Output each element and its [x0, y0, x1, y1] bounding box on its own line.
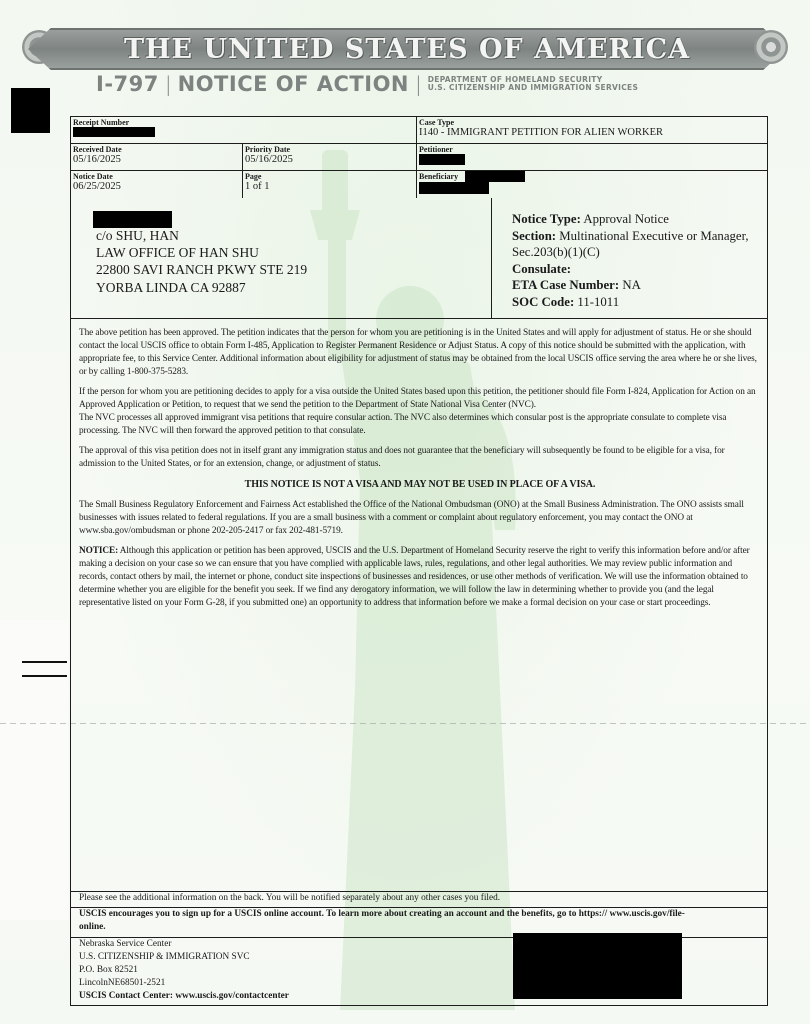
petitioner-label: Petitioner: [419, 145, 767, 154]
petitioner-cell: Petitioner: [417, 144, 767, 171]
beneficiary-redacted: [419, 182, 489, 194]
petitioner-redacted: [419, 154, 465, 165]
section-value-2: Sec.203(b)(1)(C): [512, 244, 749, 261]
received-date-label: Received Date: [73, 145, 242, 154]
body-paragraph: The Small Business Regulatory Enforcemen…: [79, 499, 761, 538]
divider: |: [415, 72, 422, 96]
beneficiary-redacted: [465, 171, 525, 182]
banner: THE UNITED STATES OF AMERICA: [28, 28, 786, 70]
receipt-number-redacted: [73, 127, 155, 137]
consulate-label: Consulate:: [512, 262, 571, 276]
soc-code: SOC Code: 11-1011: [512, 294, 749, 311]
page-value: 1 of 1: [245, 181, 416, 193]
notice-type-value: Approval Notice: [583, 212, 669, 226]
body-paragraph: The NVC processes all approved immigrant…: [79, 412, 761, 438]
section: Section: Multinational Executive or Mana…: [512, 228, 749, 245]
soc-label: SOC Code:: [512, 295, 574, 309]
case-type-cell: Case Type I140 - IMMIGRANT PETITION FOR …: [417, 117, 767, 144]
banner-title: THE UNITED STATES OF AMERICA: [124, 34, 690, 65]
body-paragraph: The above petition has been approved. Th…: [79, 327, 761, 379]
address-line: LAW OFFICE OF HAN SHU: [96, 244, 307, 261]
body-paragraph: If the person for whom you are petitioni…: [79, 386, 761, 412]
agency-line-2: U.S. CITIZENSHIP AND IMMIGRATION SERVICE…: [428, 83, 638, 92]
notice-type-label: Notice Type:: [512, 212, 581, 226]
priority-date-cell: Priority Date 05/16/2025: [243, 144, 417, 171]
form-number: I-797: [96, 72, 159, 96]
online-account-text: USCIS encourages you to sign up for a US…: [79, 909, 685, 932]
form-title: NOTICE OF ACTION: [178, 72, 409, 96]
margin-mark: [22, 675, 67, 677]
notice-type: Notice Type: Approval Notice: [512, 211, 749, 228]
received-date-value: 05/16/2025: [73, 154, 242, 166]
recipient-name-redacted: [93, 211, 172, 228]
notice-date-label: Notice Date: [73, 172, 242, 181]
body-paragraph: The approval of this visa petition does …: [79, 445, 761, 471]
address-line: YORBA LINDA CA 92887: [96, 279, 307, 296]
notice-label: NOTICE:: [79, 546, 118, 556]
eta-value: NA: [622, 278, 640, 292]
section-label: Section:: [512, 229, 556, 243]
divider: |: [165, 72, 172, 96]
soc-value: 11-1011: [577, 295, 619, 309]
priority-date-label: Priority Date: [245, 145, 416, 154]
section-value: Multinational Executive or Manager,: [559, 229, 748, 243]
notice-text: Although this application or petition ha…: [79, 546, 750, 608]
not-a-visa-warning: THIS NOTICE IS NOT A VISA AND MAY NOT BE…: [79, 478, 761, 491]
verification-notice: NOTICE: Although this application or pet…: [79, 545, 761, 610]
rosette-ornament-right: [754, 30, 788, 64]
address-line: c/o SHU, HAN: [96, 227, 307, 244]
receipt-number-label: Receipt Number: [73, 118, 416, 127]
notice-details-box: Notice Type: Approval Notice Section: Mu…: [491, 198, 767, 319]
additional-info-text: Please see the additional information on…: [79, 893, 500, 903]
eta-label: ETA Case Number:: [512, 278, 619, 292]
received-date-cell: Received Date 05/16/2025: [71, 144, 243, 171]
address-line: 22800 SAVI RANCH PKWY STE 219: [96, 261, 307, 278]
case-type-value: I140 - IMMIGRANT PETITION FOR ALIEN WORK…: [419, 127, 767, 139]
consulate: Consulate:: [512, 261, 749, 278]
notice-body: The above petition has been approved. Th…: [79, 327, 761, 617]
beneficiary-cell: Beneficiary: [417, 171, 767, 198]
receipt-number-cell: Receipt Number: [71, 117, 417, 144]
eta-case-number: ETA Case Number: NA: [512, 277, 749, 294]
page-label: Page: [245, 172, 416, 181]
priority-date-value: 05/16/2025: [245, 154, 416, 166]
paper-margin: [0, 620, 68, 920]
notice-date-cell: Notice Date 06/25/2025: [71, 171, 243, 198]
agency-name: DEPARTMENT OF HOMELAND SECURITY U.S. CIT…: [428, 76, 638, 92]
mailing-address: c/o SHU, HAN LAW OFFICE OF HAN SHU 22800…: [96, 227, 307, 296]
page-cell: Page 1 of 1: [243, 171, 417, 198]
redaction-block: [11, 88, 50, 133]
case-type-label: Case Type: [419, 118, 767, 127]
form-header: I-797 | NOTICE OF ACTION | DEPARTMENT OF…: [96, 72, 638, 96]
additional-info-row: Please see the additional information on…: [71, 891, 767, 907]
notice-date-value: 06/25/2025: [73, 181, 242, 193]
redaction-block: [513, 933, 682, 999]
margin-mark: [22, 661, 67, 663]
